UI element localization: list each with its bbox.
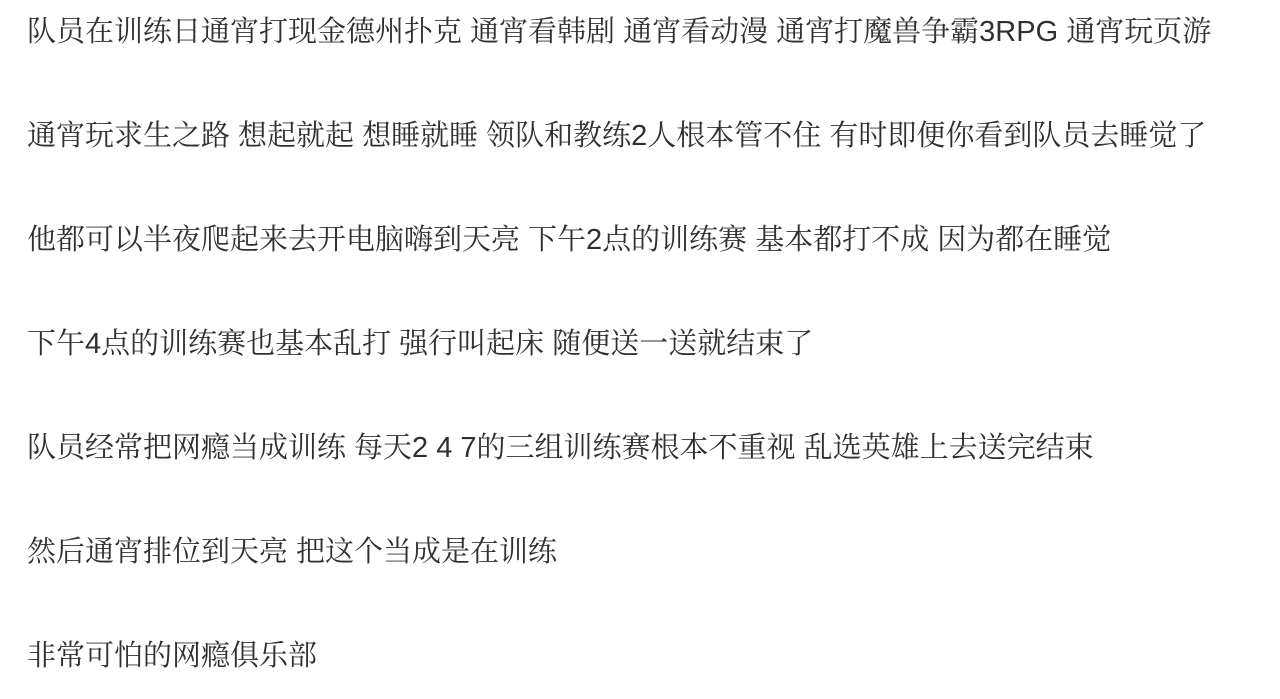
text-line-6: 然后通宵排位到天亮 把这个当成是在训练 — [27, 536, 1280, 568]
text-line-3: 他都可以半夜爬起来去开电脑嗨到天亮 下午2点的训练赛 基本都打不成 因为都在睡觉 — [27, 224, 1280, 256]
text-line-1: 队员在训练日通宵打现金德州扑克 通宵看韩剧 通宵看动漫 通宵打魔兽争霸3RPG … — [27, 16, 1280, 48]
text-line-5: 队员经常把网瘾当成训练 每天2 4 7的三组训练赛根本不重视 乱选英雄上去送完结… — [27, 432, 1280, 464]
text-line-2: 通宵玩求生之路 想起就起 想睡就睡 领队和教练2人根本管不住 有时即便你看到队员… — [27, 120, 1280, 152]
text-line-7: 非常可怕的网瘾俱乐部 — [27, 640, 1280, 672]
document-page: { "document": { "background_color": "#ff… — [0, 0, 1280, 699]
text-line-4: 下午4点的训练赛也基本乱打 强行叫起床 随便送一送就结束了 — [27, 328, 1280, 360]
text-content: 队员在训练日通宵打现金德州扑克 通宵看韩剧 通宵看动漫 通宵打魔兽争霸3RPG … — [0, 0, 1280, 699]
